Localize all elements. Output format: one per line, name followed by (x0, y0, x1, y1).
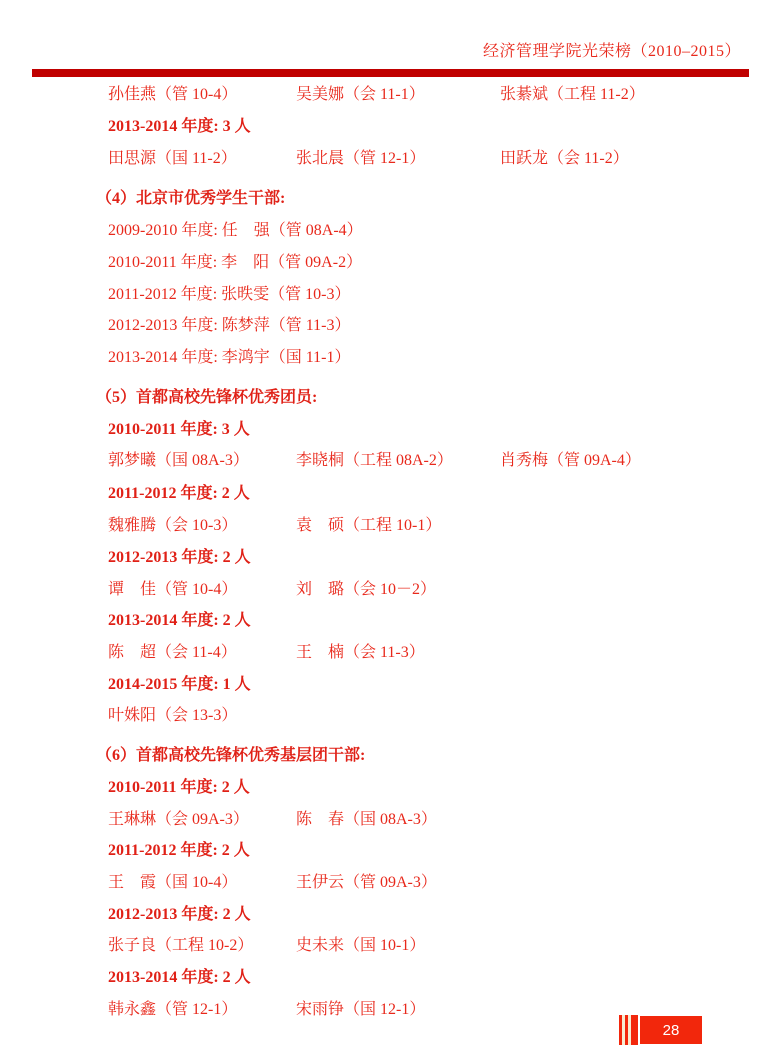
name-entry: 王 霞（国 10-4） (108, 873, 237, 893)
name-entry: 陈 超（会 11-4） (108, 643, 237, 663)
year-winner-line: 2009-2010 年度: 任 强（管 08A-4） (108, 221, 758, 243)
award-section-heading: （4）北京市优秀学生干部: (96, 189, 746, 211)
name-entry: 韩永鑫（管 12-1） (108, 1000, 237, 1020)
year-count-heading: 2013-2014 年度: 2 人 (108, 611, 758, 633)
year-count-heading: 2013-2014 年度: 3 人 (108, 117, 758, 139)
honor-names-row: 孙佳燕（管 10-4） 吴美娜（会 11-1） 张綦斌（工程 11-2） (108, 85, 758, 107)
page-number-badge: 28 (640, 1016, 702, 1044)
name-entry: 魏雅腾（会 10-3） (108, 516, 237, 536)
year-count-heading: 2012-2013 年度: 2 人 (108, 548, 758, 570)
honor-names-row: 魏雅腾（会 10-3） 袁 硕（工程 10-1） (108, 516, 758, 538)
name-entry: 吴美娜（会 11-1） (296, 85, 425, 105)
document-page: 经济管理学院光荣榜（2010–2015） 孙佳燕（管 10-4） 吴美娜（会 1… (0, 0, 774, 1059)
honor-names-row: 王琳琳（会 09A-3） 陈 春（国 08A-3） (108, 810, 758, 832)
name-entry: 田思源（国 11-2） (108, 149, 237, 169)
name-entry: 王 楠（会 11-3） (296, 643, 425, 663)
award-section-heading: （5）首都高校先锋杯优秀团员: (96, 388, 746, 410)
name-entry: 张北晨（管 12-1） (296, 149, 425, 169)
honor-names-row: 王 霞（国 10-4） 王伊云（管 09A-3） (108, 873, 758, 895)
honor-names-row: 田思源（国 11-2） 张北晨（管 12-1） 田跃龙（会 11-2） (108, 149, 758, 171)
year-count-heading: 2010-2011 年度: 2 人 (108, 778, 758, 800)
honor-names-row: 郭梦曦（国 08A-3） 李晓桐（工程 08A-2） 肖秀梅（管 09A-4） (108, 451, 758, 473)
year-count-heading: 2011-2012 年度: 2 人 (108, 841, 758, 863)
name-entry: 张綦斌（工程 11-2） (500, 85, 645, 105)
name-entry: 肖秀梅（管 09A-4） (500, 451, 641, 471)
name-entry: 李晓桐（工程 08A-2） (296, 451, 453, 471)
year-count-heading: 2013-2014 年度: 2 人 (108, 968, 758, 990)
honor-names-row: 陈 超（会 11-4） 王 楠（会 11-3） (108, 643, 758, 665)
honor-names-row: 谭 佳（管 10-4） 刘 璐（会 10－2） (108, 580, 758, 602)
year-count-heading: 2010-2011 年度: 3 人 (108, 420, 758, 442)
name-entry: 郭梦曦（国 08A-3） (108, 451, 249, 471)
name-entry: 宋雨铮（国 12-1） (296, 1000, 425, 1020)
name-entry: 田跃龙（会 11-2） (500, 149, 629, 169)
name-entry: 叶姝阳（会 13-3） (108, 706, 237, 726)
name-entry: 袁 硕（工程 10-1） (296, 516, 441, 536)
award-section-heading: （6）首都高校先锋杯优秀基层团干部: (96, 746, 746, 768)
year-count-heading: 2014-2015 年度: 1 人 (108, 675, 758, 697)
header-rule-divider (32, 69, 749, 77)
year-count-heading: 2012-2013 年度: 2 人 (108, 905, 758, 927)
year-winner-line: 2012-2013 年度: 陈梦萍（管 11-3） (108, 316, 758, 338)
name-entry: 孙佳燕（管 10-4） (108, 85, 237, 105)
year-winner-line: 2013-2014 年度: 李鸿宇（国 11-1） (108, 348, 758, 370)
honor-names-row: 叶姝阳（会 13-3） (108, 706, 758, 728)
name-entry: 史未来（国 10-1） (296, 936, 425, 956)
year-winner-line: 2010-2011 年度: 李 阳（管 09A-2） (108, 253, 758, 275)
name-entry: 张子良（工程 10-2） (108, 936, 253, 956)
year-winner-line: 2011-2012 年度: 张昳雯（管 10-3） (108, 285, 758, 307)
name-entry: 谭 佳（管 10-4） (108, 580, 237, 600)
name-entry: 陈 春（国 08A-3） (296, 810, 437, 830)
honor-names-row: 张子良（工程 10-2） 史未来（国 10-1） (108, 936, 758, 958)
name-entry: 王琳琳（会 09A-3） (108, 810, 249, 830)
year-count-heading: 2011-2012 年度: 2 人 (108, 484, 758, 506)
name-entry: 刘 璐（会 10－2） (296, 580, 436, 600)
document-header-title: 经济管理学院光荣榜（2010–2015） (483, 38, 741, 61)
name-entry: 王伊云（管 09A-3） (296, 873, 437, 893)
stripe-marks-icon (619, 1015, 638, 1045)
